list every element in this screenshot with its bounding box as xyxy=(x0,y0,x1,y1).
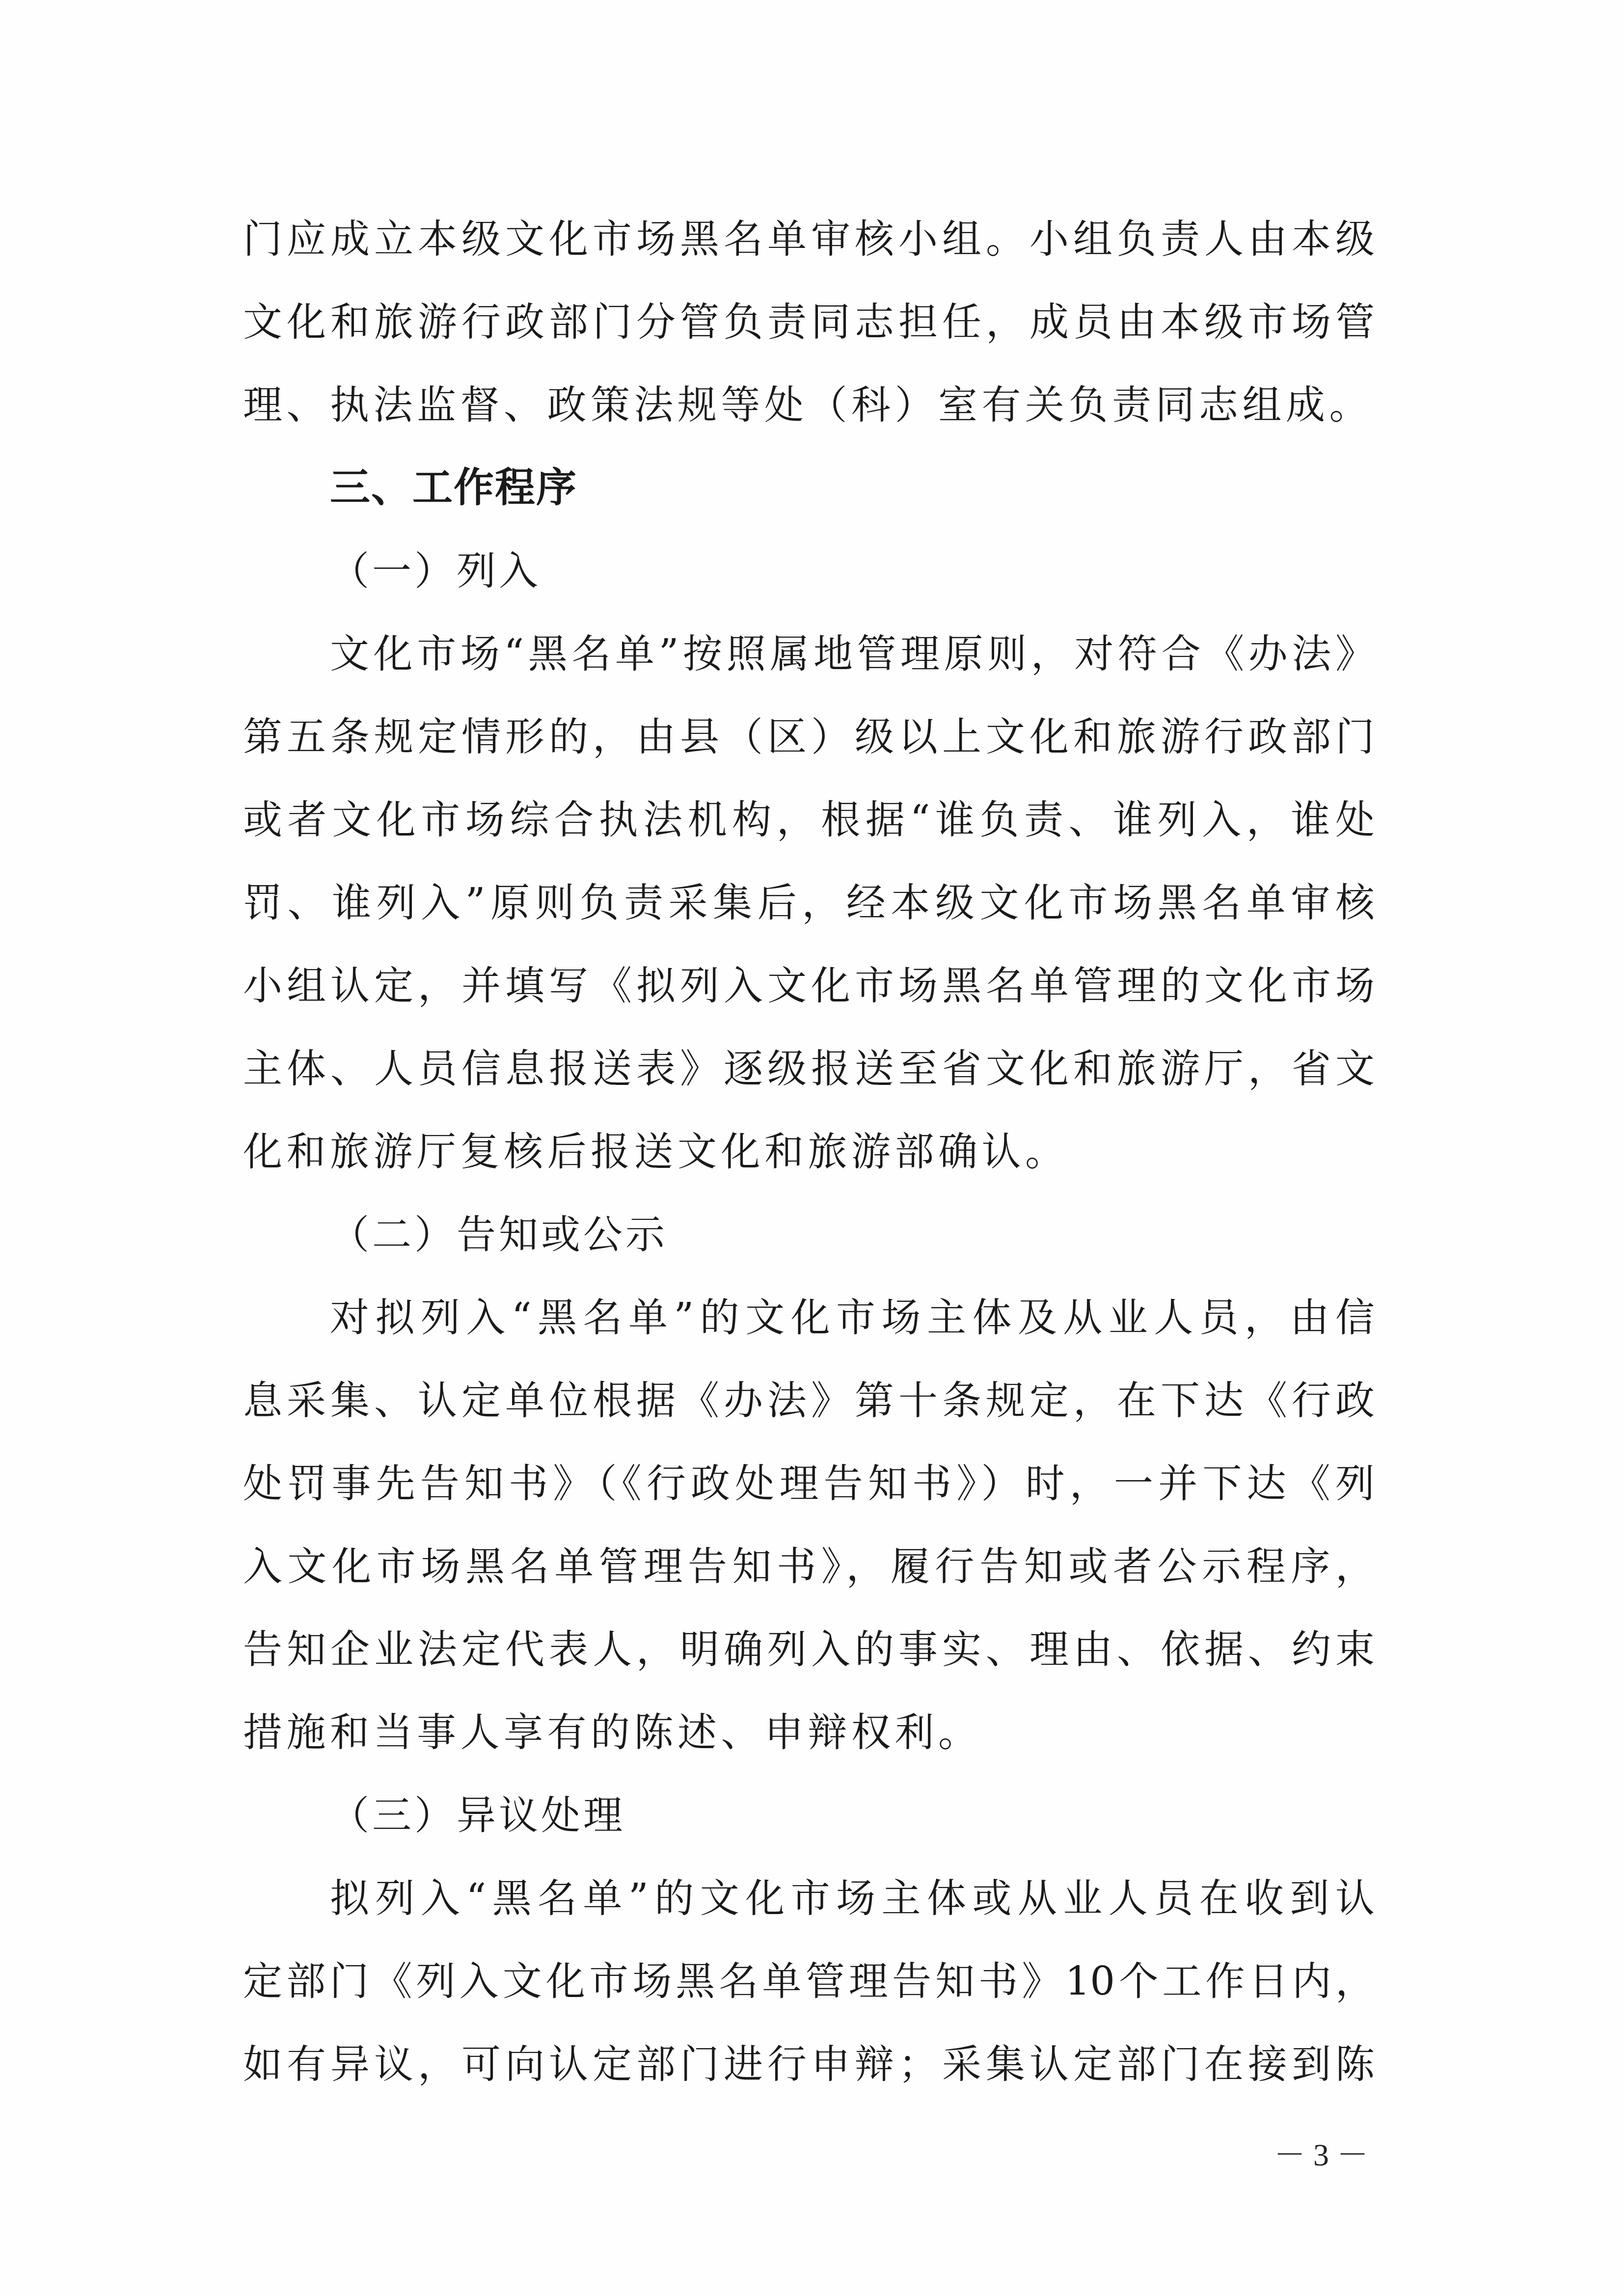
paragraph-first-line: 拟列入“黑名单”的文化市场主体或从业人员在收到认 xyxy=(330,1857,1375,1940)
body-text-line: 文化和旅游行政部门分管负责同志担任，成员由本级市场管 xyxy=(243,280,1375,363)
section-heading: 三、工作程序 xyxy=(330,446,577,529)
body-text-line: 或者文化市场综合执法机构，根据“谁负责、谁列入，谁处 xyxy=(243,778,1375,861)
paragraph-first-line: 文化市场“黑名单”按照属地管理原则，对符合《办法》 xyxy=(330,612,1375,695)
paragraph-first-line: 对拟列入“黑名单”的文化市场主体及从业人员，由信 xyxy=(330,1276,1375,1359)
body-text-line: 门应成立本级文化市场黑名单审核小组。小组负责人由本级 xyxy=(243,197,1375,280)
body-text-line: 化和旅游厅复核后报送文化和旅游部确认。 xyxy=(243,1110,1375,1193)
subsection-heading: （三）异议处理 xyxy=(330,1774,625,1857)
subsection-heading: （二）告知或公示 xyxy=(330,1193,668,1276)
subsection-heading: （一）列入 xyxy=(330,529,541,612)
body-text-line: 告知企业法定代表人，明确列入的事实、理由、依据、约束 xyxy=(243,1608,1375,1691)
body-text-line: 息采集、认定单位根据《办法》第十条规定，在下达《行政 xyxy=(243,1359,1375,1442)
body-text-line: 入文化市场黑名单管理告知书》，履行告知或者公示程序， xyxy=(243,1525,1375,1608)
body-text-line: 处罚事先告知书》（《行政处理告知书》）时，一并下达《列 xyxy=(243,1442,1375,1525)
document-page: 门应成立本级文化市场黑名单审核小组。小组负责人由本级 文化和旅游行政部门分管负责… xyxy=(0,0,1624,2296)
body-text-line: 主体、人员信息报送表》逐级报送至省文化和旅游厅，省文 xyxy=(243,1027,1375,1110)
page-number: － 3 － xyxy=(1274,2133,1368,2177)
body-text-line: 措施和当事人享有的陈述、申辩权利。 xyxy=(243,1691,1375,1774)
body-text-line: 如有异议，可向认定部门进行申辩；采集认定部门在接到陈 xyxy=(243,2023,1375,2106)
body-text-line: 理、执法监督、政策法规等处（科）室有关负责同志组成。 xyxy=(243,363,1375,446)
body-text-line: 小组认定，并填写《拟列入文化市场黑名单管理的文化市场 xyxy=(243,944,1375,1027)
body-text-line: 定部门《列入文化市场黑名单管理告知书》10个工作日内， xyxy=(243,1940,1375,2023)
body-text-line: 罚、谁列入”原则负责采集后，经本级文化市场黑名单审核 xyxy=(243,861,1375,944)
body-text-line: 第五条规定情形的，由县（区）级以上文化和旅游行政部门 xyxy=(243,695,1375,778)
